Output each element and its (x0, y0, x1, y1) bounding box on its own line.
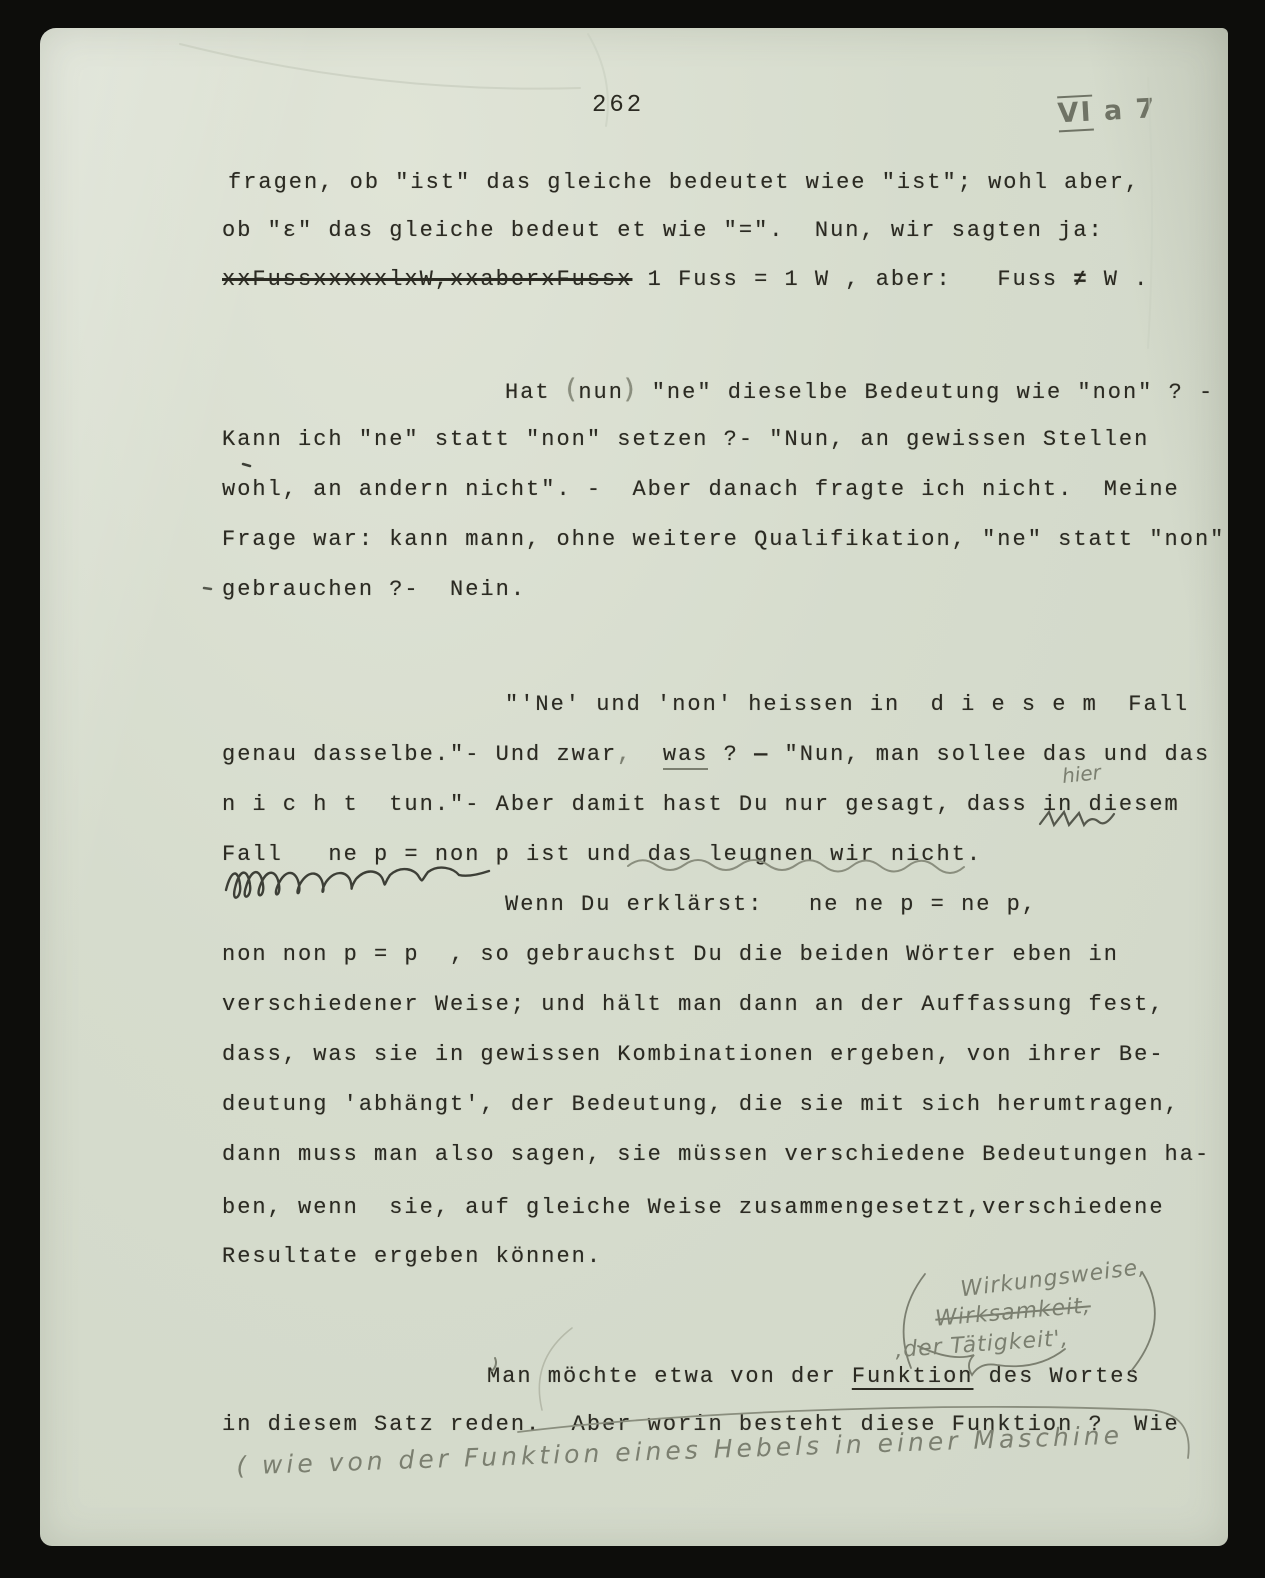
typed-segment: "'Ne' und 'non' heissen in d i e s e m F… (505, 692, 1189, 717)
typed-segment (632, 742, 662, 767)
large-paren-right (1132, 1272, 1155, 1370)
typed-segment: Fall ne p = non p ist und das leugnen wi… (222, 842, 982, 867)
manuscript-page: 262 VI a 7 fragen, ob "ist" das gleiche … (40, 28, 1228, 1546)
typed-line: Hat (nun) "ne" dieselbe Bedeutung wie "n… (505, 375, 1214, 408)
typed-segment: ? (708, 742, 754, 767)
typed-line: non non p = p , so gebrauchst Du die bei… (222, 940, 1119, 970)
typed-segment: fragen, ob "ist" das gleiche bedeutet wi… (228, 170, 1140, 195)
typed-line: Frage war: kann mann, ohne weitere Quali… (222, 525, 1225, 555)
annotation-wirksamkeit-crossed-out: Wirksamkeit, (934, 1293, 1092, 1332)
margin-dot (204, 588, 211, 589)
typed-segment: Frage war: kann mann, ohne weitere Quali… (222, 527, 1225, 552)
typed-segment: verschiedener Weise; und hält man dann a… (222, 992, 1165, 1017)
corner-label-vi: VI (1057, 95, 1094, 133)
typed-segment: Wenn Du erklärst: ne ne p = ne p, (505, 892, 1037, 917)
typed-segment: wohl, an andern nicht". - Aber danach fr… (222, 477, 1180, 502)
typed-segment: dann muss man also sagen, sie müssen ver… (222, 1142, 1210, 1167)
typed-segment: non non p = p , so gebrauchst Du die bei… (222, 942, 1119, 967)
typed-segment: des Wortes (973, 1364, 1140, 1389)
scribble-under-fall (226, 868, 489, 898)
typed-segment: W . (1089, 267, 1150, 292)
typed-line: xxFussxxxxxlxW,xxaberxFussx 1 Fuss = 1 W… (222, 265, 1149, 295)
paper-crease-top (180, 44, 580, 89)
typed-segment-pencil: , (617, 742, 632, 767)
typed-line: Wenn Du erklärst: ne ne p = ne p, (505, 890, 1037, 920)
annotation-wirkungsweise: Wirkungsweise, (959, 1255, 1147, 1303)
typed-line: ob "ε" das gleiche bedeut et wie "=". Nu… (222, 216, 1104, 246)
scan-background: { "colors": { "background":"#0d0d0b", "p… (0, 0, 1265, 1578)
typed-segment: gebrauchen ?- Nein. (222, 577, 526, 602)
typed-segment-pencil-paren: ) (624, 374, 637, 405)
typed-line: "'Ne' und 'non' heissen in d i e s e m F… (505, 690, 1189, 720)
typed-segment: "Nun, man sollee das und das (769, 742, 1210, 767)
typed-segment-pencil-paren: ( (566, 374, 579, 405)
typed-segment-strike: xxFussxxxxxlxW,xxaberxFussx (222, 267, 632, 292)
typed-segment: deutung 'abhängt', der Bedeutung, die si… (222, 1092, 1180, 1117)
typed-line: dann muss man also sagen, sie müssen ver… (222, 1140, 1210, 1170)
dot-under-ich (243, 464, 250, 466)
typed-line: gebrauchen ?- Nein. (222, 575, 526, 605)
typed-line: deutung 'abhängt', der Bedeutung, die si… (222, 1090, 1180, 1120)
typed-line: wohl, an andern nicht". - Aber danach fr… (222, 475, 1180, 505)
typed-line: fragen, ob "ist" das gleiche bedeutet wi… (228, 168, 1140, 198)
typed-line: Resultate ergeben können. (222, 1242, 602, 1272)
typed-segment: Kann ich "ne" statt "non" setzen ?- "Nun… (222, 427, 1149, 452)
typed-segment: genau dasselbe."- Und zwar (222, 742, 617, 767)
typed-segment: Resultate ergeben können. (222, 1244, 602, 1269)
typed-line: Kann ich "ne" statt "non" setzen ?- "Nun… (222, 425, 1149, 455)
typed-segment: ob "ε" das gleiche bedeut et wie "=". Nu… (222, 218, 1104, 243)
typed-segment: ben, wenn sie, auf gleiche Weise zusamme… (222, 1195, 1165, 1220)
annotation-der-taetigkeit: ,der Tätigkeit', (894, 1326, 1069, 1363)
typed-segment: dass, was sie in gewissen Kombinationen … (222, 1042, 1165, 1067)
typed-line: ben, wenn sie, auf gleiche Weise zusamme… (222, 1193, 1165, 1223)
typed-segment: nun (578, 380, 624, 405)
typed-segment-dash: — (754, 742, 769, 767)
typed-line: dass, was sie in gewissen Kombinationen … (222, 1040, 1165, 1070)
typed-segment-u-ink: Funktion (852, 1364, 974, 1389)
typed-segment: 1 Fuss = 1 W , aber: Fuss (632, 267, 1073, 292)
typed-segment-neq: ≠ (1073, 267, 1088, 292)
annotation-hier: hier (1061, 760, 1102, 788)
typed-segment: "ne" dieselbe Bedeutung wie "non" ? - (637, 380, 1215, 405)
typed-line: Fall ne p = non p ist und das leugnen wi… (222, 840, 982, 870)
page-number: 262 (592, 92, 644, 119)
typed-line: verschiedener Weise; und hält man dann a… (222, 990, 1165, 1020)
typed-line: Man möchte etwa von der Funktion des Wor… (487, 1362, 1141, 1392)
typed-line: n i c h t tun."- Aber damit hast Du nur … (222, 790, 1180, 820)
typed-segment: Hat (505, 380, 566, 405)
typed-segment: Man möchte etwa von der (487, 1364, 852, 1389)
typed-segment-u-pencil: was (663, 742, 709, 770)
typed-segment: n i c h t tun."- Aber damit hast Du nur … (222, 792, 1180, 817)
corner-label-rest: a 7 (1092, 93, 1157, 127)
corner-label: VI a 7 (1010, 62, 1159, 162)
